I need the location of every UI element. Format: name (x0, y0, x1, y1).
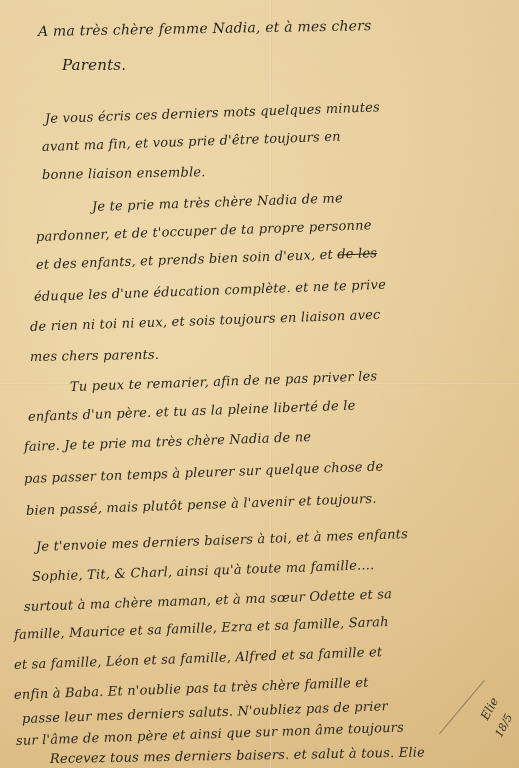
letter-line: enfants d'un père. et tu as la pleine li… (28, 399, 356, 425)
margin-date: 18/5 (492, 712, 515, 740)
letter-line: éduque les d'une éducation complète. et … (34, 278, 386, 305)
letter-line: mes chers parents. (30, 348, 159, 365)
margin-signature: Elie (478, 695, 501, 722)
letter-line: de rien ni toi ni eux, et sois toujours … (30, 308, 381, 335)
letter-line: avant ma fin, et vous prie d'être toujou… (42, 130, 341, 155)
letter-line: pardonner, et de t'occuper de ta propre … (36, 218, 372, 245)
letter-line: bonne liaison ensemble. (42, 165, 206, 183)
salutation-line-1: A ma très chère femme Nadia, et à mes ch… (38, 18, 372, 40)
letter-line: pas passer ton temps à pleurer sur quelq… (24, 459, 384, 487)
letter-line: Sophie, Tit, & Charl, ainsi qu'à toute m… (32, 558, 375, 585)
letter-line: faire. Je te prie ma très chère Nadia de… (24, 430, 312, 455)
letter-text: et des enfants, et prends bien soin d'eu… (36, 248, 333, 273)
letter-line: Je te prie ma très chère Nadia de me (92, 191, 343, 215)
letter-line: Je vous écris ces derniers mots quelques… (45, 100, 380, 127)
letter-line: surtout à ma chère maman, et à ma sœur O… (24, 587, 393, 615)
letter-line: et sa famille, Léon et sa famille, Alfre… (14, 645, 383, 673)
closing-line-signature: Recevez tous mes derniers baisers. et sa… (50, 745, 425, 767)
letter-line: enfin à Baba. Et n'oublie pas ta très ch… (14, 676, 369, 703)
letter-line: et des enfants, et prends bien soin d'eu… (36, 246, 378, 273)
letter-page: A ma très chère femme Nadia, et à mes ch… (0, 0, 519, 768)
margin-stroke (439, 680, 485, 734)
struck-through-text: de les (337, 246, 377, 262)
letter-line: famille, Maurice et sa famille, Ezra et … (14, 615, 389, 643)
letter-line: bien passé, mais plutôt pense à l'avenir… (26, 492, 377, 519)
letter-line: Je t'envoie mes derniers baisers à toi, … (36, 527, 408, 555)
letter-line: Tu peux te remarier, afin de ne pas priv… (70, 369, 378, 395)
salutation-line-2: Parents. (62, 56, 126, 74)
